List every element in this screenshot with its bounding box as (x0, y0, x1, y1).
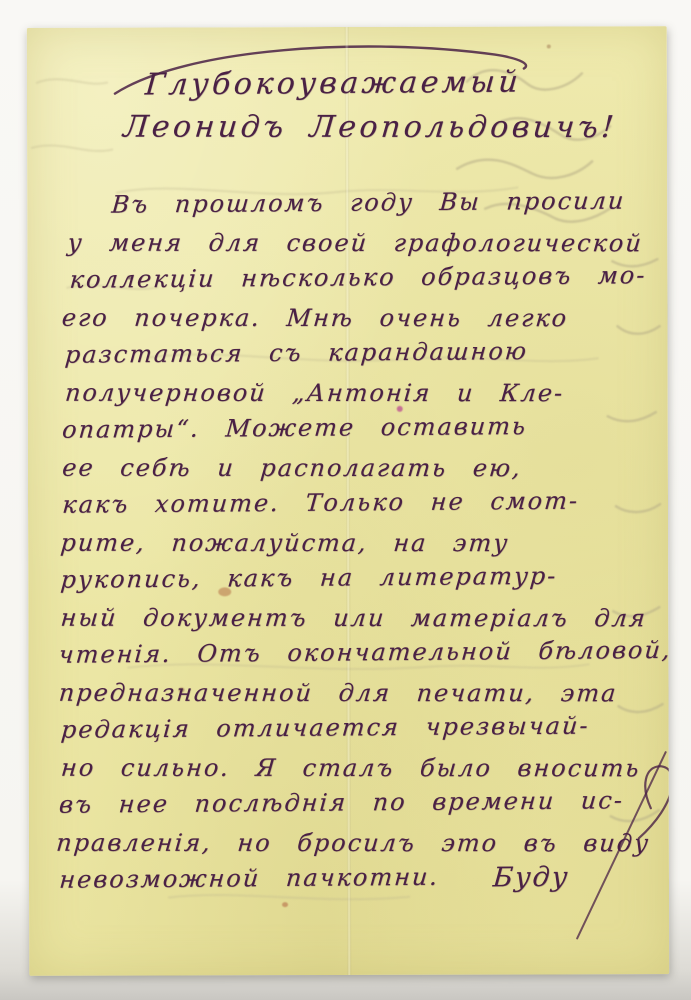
body-line: какъ хотите. Только не смот- (61, 486, 670, 528)
letter-body: Въ прошломъ году Вы просили у меня для с… (27, 189, 669, 903)
body-line: его почерка. Мнѣ очень легко (60, 303, 669, 341)
body-line: у меня для своей графологической (66, 228, 669, 266)
body-line: редакція отличается чрезвычай- (59, 711, 670, 753)
letter-text: Глубокоуважаемый Леонидъ Леопольдовичъ! … (27, 26, 669, 903)
body-line: рите, пожалуйста, на эту (58, 528, 669, 566)
body-line: но сильно. Я сталъ было вносить (59, 753, 670, 791)
body-line: чтенія. Отъ окончательной бѣловой, (57, 636, 670, 678)
scan-background: Глубокоуважаемый Леонидъ Леопольдовичъ! … (0, 0, 691, 1000)
body-line: Въ прошломъ году Вы просили (110, 186, 669, 228)
body-line: ный документъ или матеріалъ для (59, 603, 670, 641)
body-line: разстаться съ карандашною (63, 336, 669, 378)
body-line: въ нее послѣднія по времени ис- (57, 786, 670, 828)
body-line: опатры“. Можете оставить (60, 411, 669, 453)
letter-page: Глубокоуважаемый Леонидъ Леопольдовичъ! … (27, 26, 669, 976)
body-line: правленія, но бросилъ это въ виду (54, 828, 670, 866)
body-line: предназначенной для печати, эта (57, 678, 670, 716)
closing-word: Буду (491, 862, 570, 900)
body-last-line: невозможной пачкотни. Буду (58, 861, 671, 903)
body-line: рукопись, какъ на литератур- (59, 561, 670, 603)
salutation-line-2: Леонидъ Леопольдовичъ! (121, 110, 669, 152)
body-line: получерновой „Антонія и Кле- (63, 378, 669, 416)
paper-speck (282, 902, 288, 907)
body-line: ее себѣ и располагать ею, (60, 453, 669, 491)
salutation-line-1: Глубокоуважаемый (143, 63, 669, 109)
body-line: коллекціи нѣсколько образцовъ мо- (68, 261, 669, 303)
last-line-text: невозможной пачкотни. (58, 863, 441, 903)
